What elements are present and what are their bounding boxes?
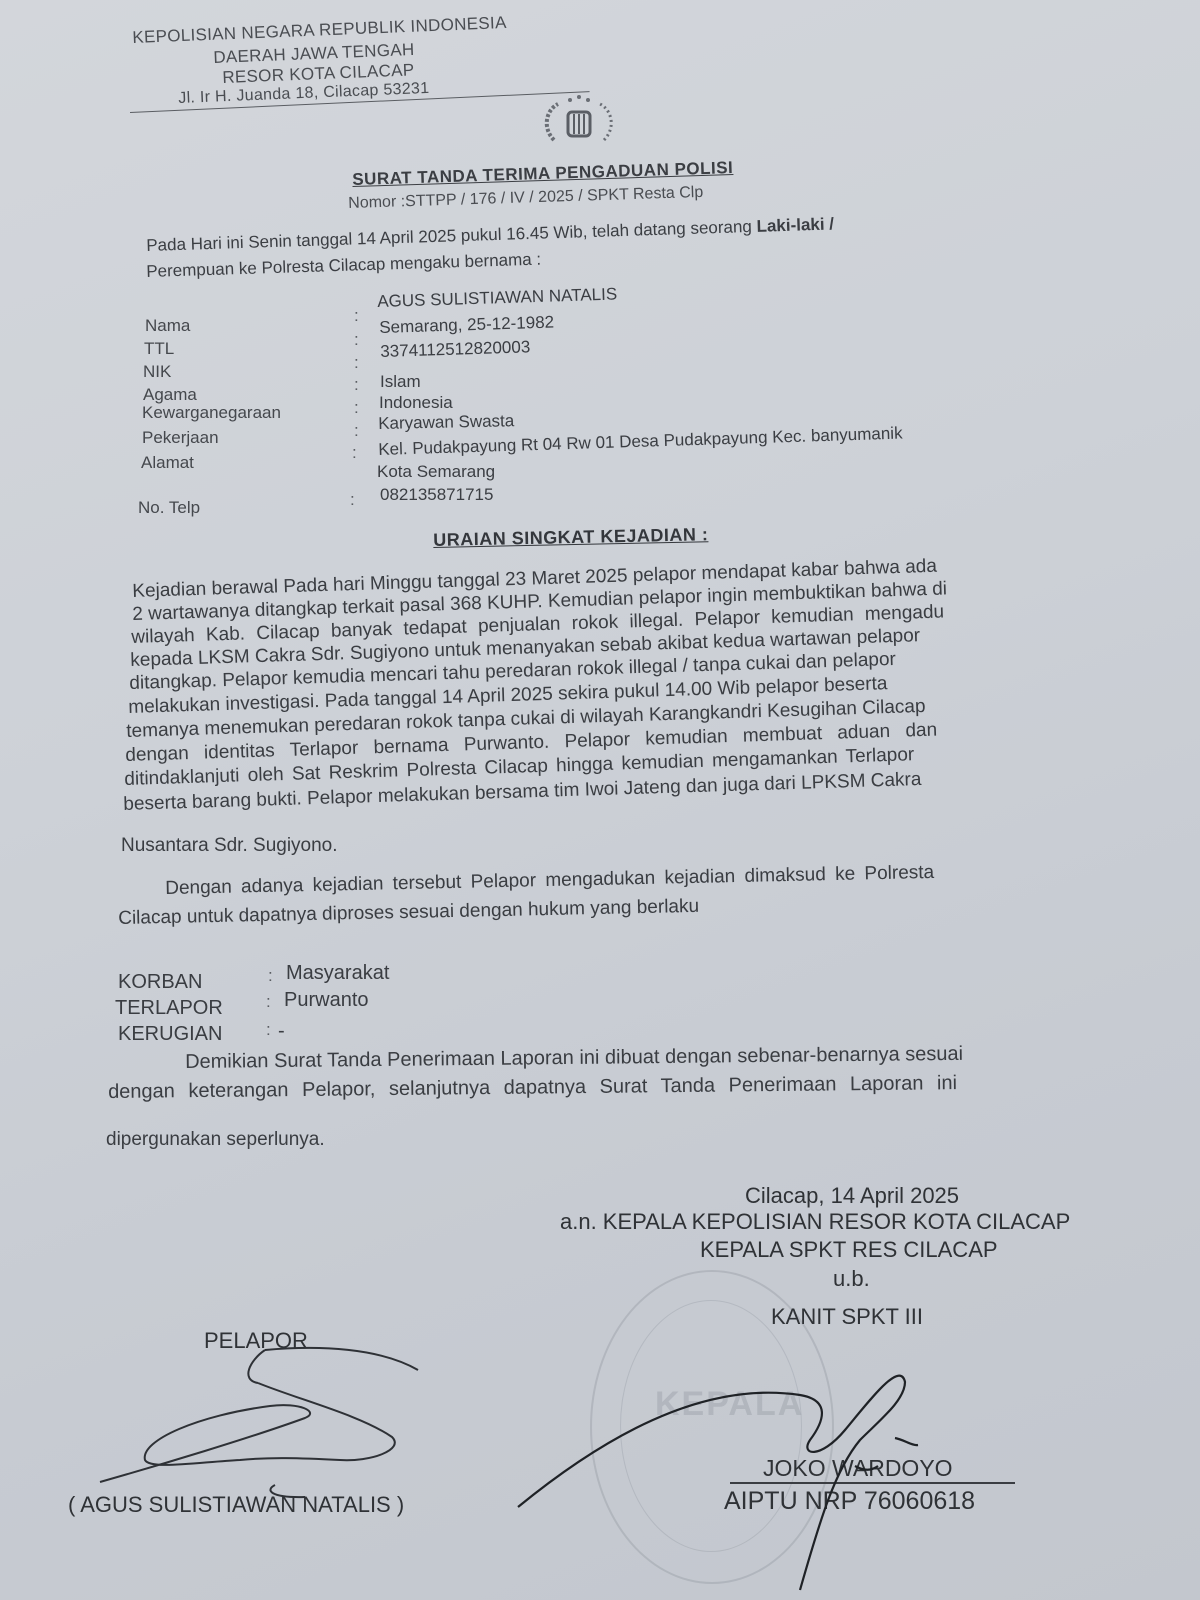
officer-signature-icon bbox=[518, 1376, 918, 1590]
reporter-signature-icon bbox=[100, 1348, 418, 1497]
handwritten-signatures bbox=[0, 0, 1200, 1600]
